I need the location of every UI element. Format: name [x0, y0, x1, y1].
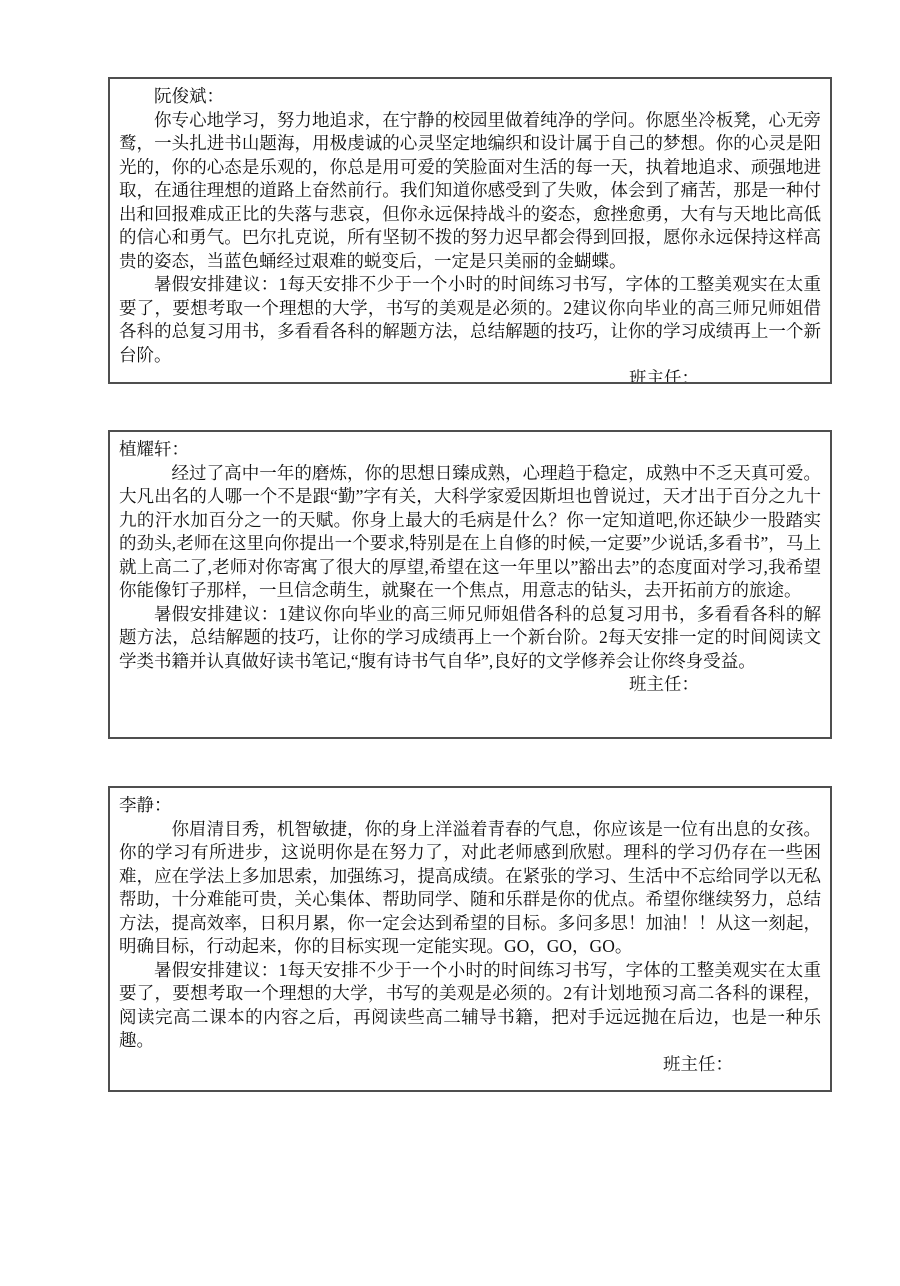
summer-suggestion-paragraph: 暑假安排建议：1每天安排不少于一个小时的时间练习书写，字体的工整美观实在太重要了…: [119, 959, 821, 1053]
student-name: 植耀轩：: [119, 438, 821, 462]
comment-paragraph: 经过了高中一年的磨炼，你的思想日臻成熟，心理趋于稳定，成熟中不乏天真可爱。大凡出…: [119, 462, 821, 603]
student-name: 阮俊斌：: [119, 85, 821, 109]
comment-box-student-1: 阮俊斌： 你专心地学习，努力地追求，在宁静的校园里做着纯净的学问。你愿坐冷板凳，…: [108, 77, 832, 384]
teacher-signature-label: 班主任：: [119, 673, 821, 697]
comment-paragraph: 你专心地学习，努力地追求，在宁静的校园里做着纯净的学问。你愿坐冷板凳，心无旁鹜，…: [119, 109, 821, 274]
comment-box-student-2: 植耀轩： 经过了高中一年的磨炼，你的思想日臻成熟，心理趋于稳定，成熟中不乏天真可…: [108, 430, 832, 739]
comments-document-page: 阮俊斌： 你专心地学习，努力地追求，在宁静的校园里做着纯净的学问。你愿坐冷板凳，…: [0, 0, 900, 1286]
summer-suggestion-paragraph: 暑假安排建议：1建议你向毕业的高三师兄师姐借各科的总复习用书，多看看各科的解题方…: [119, 603, 821, 674]
teacher-signature-label: 班主任：: [119, 1053, 821, 1077]
teacher-signature-label: 班主任：: [119, 367, 821, 384]
comment-paragraph: 你眉清目秀，机智敏捷，你的身上洋溢着青春的气息，你应该是一位有出息的女孩。你的学…: [119, 818, 821, 959]
summer-suggestion-paragraph: 暑假安排建议：1每天安排不少于一个小时的时间练习书写，字体的工整美观实在太重要了…: [119, 273, 821, 367]
comment-box-student-3: 李静： 你眉清目秀，机智敏捷，你的身上洋溢着青春的气息，你应该是一位有出息的女孩…: [108, 786, 832, 1092]
student-name: 李静：: [119, 794, 821, 818]
